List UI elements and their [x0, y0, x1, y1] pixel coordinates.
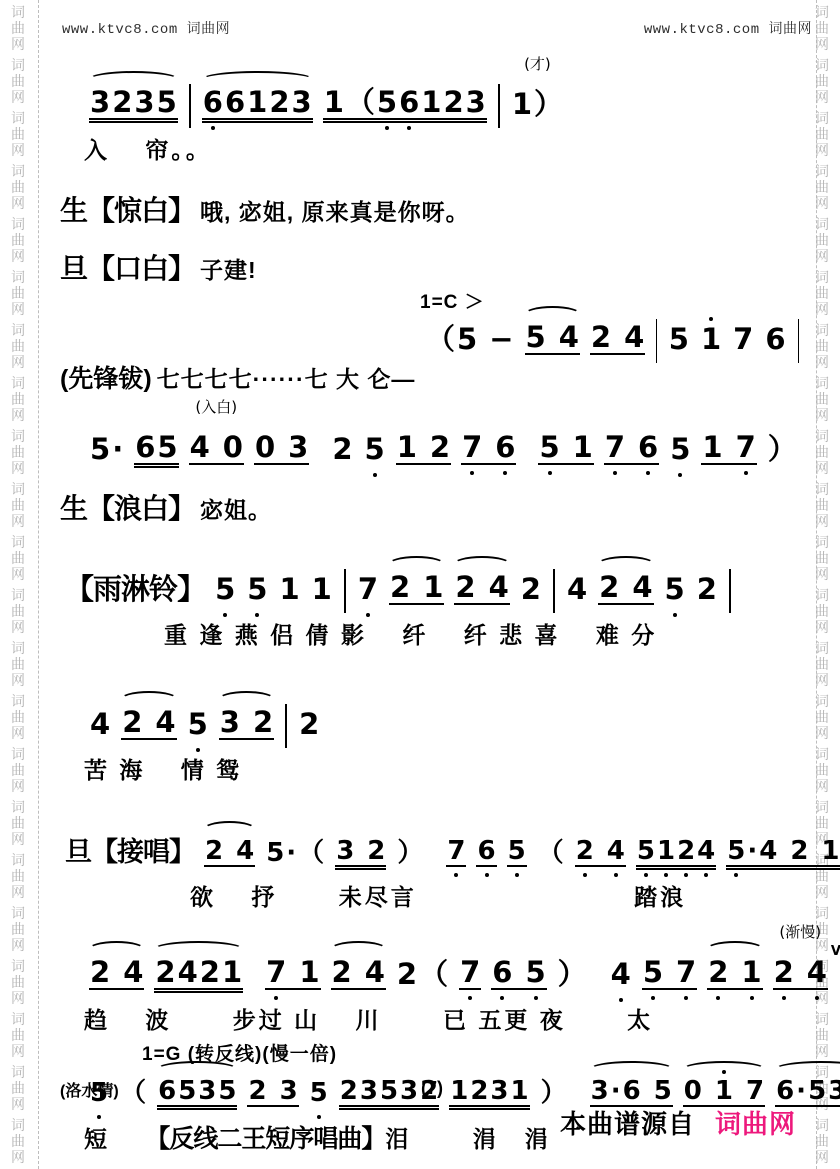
- note-char: 7: [604, 433, 626, 463]
- watermark-char: 词: [11, 799, 25, 815]
- watermark-char: 词: [11, 1064, 25, 1080]
- music-system: 1=C ＞（5−5 42 45176: [60, 287, 804, 355]
- watermark-char: 网: [815, 460, 829, 476]
- note-char: 2: [199, 958, 221, 988]
- watermark-group: 词曲网: [815, 110, 829, 158]
- note-char: 4: [623, 323, 645, 353]
- note-char: 7: [461, 433, 483, 463]
- note-char: 4: [806, 958, 828, 988]
- watermark-char: 网: [11, 1096, 25, 1112]
- note-char: 5: [807, 1078, 827, 1105]
- note-char: 2: [204, 838, 224, 865]
- note-char: 4: [89, 710, 111, 740]
- watermark-char: 词: [11, 163, 25, 179]
- note-char: 7: [732, 325, 754, 355]
- note-char: ）: [557, 960, 588, 990]
- watermark-group: 词曲网: [11, 163, 25, 211]
- speech-text: 七七七七······七 大 仑—: [157, 361, 416, 394]
- note-char: 2: [111, 88, 133, 118]
- note-char: 1: [221, 958, 243, 988]
- note-group: 2 4: [575, 838, 626, 867]
- watermark-char: 网: [11, 566, 25, 582]
- note-char: 3: [291, 88, 313, 118]
- watermark-char: 曲: [11, 603, 25, 619]
- notes-row: 5·65(入白)4 00 3251 27 65 17 651 7）: [84, 395, 804, 465]
- left-dashed-border: [38, 0, 39, 1169]
- note-char: 2: [331, 958, 353, 988]
- note-group: 6: [764, 325, 786, 355]
- watermark-char: 网: [11, 990, 25, 1006]
- score-body: 3235661231（56123(才)1）入 帘。。生【惊白】哦, 宓姐, 原来…: [60, 44, 804, 1155]
- watermark-char: 网: [815, 778, 829, 794]
- watermark-char: 曲: [11, 338, 25, 354]
- note-group: （5: [425, 325, 478, 355]
- note-group: 2 4: [204, 838, 255, 867]
- note-char: 6: [134, 433, 156, 463]
- note-char: [111, 958, 122, 988]
- note-char: 5: [376, 88, 398, 118]
- watermark-char: 词: [11, 375, 25, 391]
- notes-row: 2 424217 12 42（76 5）45 72 1(渐慢)V2 4: [84, 920, 804, 990]
- note-char: 1: [656, 838, 676, 865]
- watermark-char: 曲: [815, 762, 829, 778]
- lyrics-row: 入 帘。。: [84, 132, 804, 165]
- note-char: 5: [364, 435, 386, 465]
- note-group: 7: [446, 838, 466, 867]
- music-system: 5·65(入白)4 00 3251 27 65 17 651 7）: [60, 395, 804, 465]
- watermark-group: 词曲网: [815, 216, 829, 264]
- note-char: ·: [746, 838, 758, 865]
- note-char: 2: [366, 838, 386, 865]
- note-char: 1: [278, 575, 300, 605]
- note-group: 2: [298, 710, 320, 740]
- watermark-group: 词曲网: [815, 1011, 829, 1059]
- note-char: 2: [252, 708, 274, 738]
- note-char: 接: [117, 839, 143, 867]
- watermark-char: 网: [11, 36, 25, 52]
- watermark-char: 网: [11, 354, 25, 370]
- lyric-text: 欲 抒 未尽言 踏浪: [60, 884, 686, 910]
- note-char: 7: [265, 958, 287, 988]
- note-char: [241, 708, 252, 738]
- note-char: 1: [323, 88, 345, 118]
- note-group: 2 1: [707, 958, 762, 990]
- watermark-char: 曲: [815, 391, 829, 407]
- speech-text: 哦, 宓姐, 原来真是你呀。: [200, 194, 470, 227]
- watermark-char: 词: [815, 375, 829, 391]
- watermark-char: 曲: [11, 656, 25, 672]
- note-char: 唱: [143, 839, 169, 867]
- note-char: 2: [331, 435, 353, 465]
- key-signature-label: 1=C ＞: [420, 287, 804, 311]
- watermark-char: 词: [815, 799, 829, 815]
- speech-line: 旦【口白】子建!: [60, 247, 804, 287]
- note-group: 65: [134, 433, 178, 465]
- watermark-char: 词: [815, 322, 829, 338]
- watermark-char: 词: [815, 1117, 829, 1133]
- watermark-group: 词曲网: [11, 269, 25, 317]
- note-char: 1: [820, 838, 840, 865]
- note-group: 2: [696, 575, 718, 605]
- watermark-char: 曲: [815, 179, 829, 195]
- speech-line: 生【浪白】宓姐。: [60, 487, 804, 527]
- note-group: 4: [566, 575, 588, 605]
- note-char: 2: [590, 323, 612, 353]
- note-group: 5124: [636, 838, 716, 867]
- note-group: 7 6: [604, 433, 659, 465]
- lyrics-row: 重 逢 燕 侣 倩 影 纤 纤 悲 喜 难 分: [60, 617, 804, 650]
- note-char: 3: [219, 708, 241, 738]
- watermark-char: 网: [815, 566, 829, 582]
- watermark-char: 曲: [11, 126, 25, 142]
- lyric-text: 入 帘。。: [84, 137, 212, 163]
- note-group: −: [488, 325, 514, 355]
- note-group: 7: [459, 958, 481, 990]
- note-char: 雨: [93, 575, 121, 605]
- note-char: [224, 838, 235, 865]
- note-group: 6: [476, 838, 496, 867]
- watermark-char: 曲: [815, 550, 829, 566]
- watermark-group: 词曲网: [815, 746, 829, 794]
- watermark-group: 词曲网: [11, 216, 25, 264]
- note-group: （: [537, 840, 565, 867]
- watermark-char: 词: [11, 269, 25, 285]
- watermark-char: 网: [815, 36, 829, 52]
- watermark-char: 词: [11, 4, 25, 20]
- note-char: 1: [740, 958, 762, 988]
- watermark-char: 网: [815, 354, 829, 370]
- note-char: 1: [572, 433, 594, 463]
- note-char: 5: [668, 325, 690, 355]
- note-group: 2 4: [590, 323, 645, 355]
- watermark-char: 网: [815, 407, 829, 423]
- page-number: (7): [421, 1078, 443, 1099]
- note-char: 1: [700, 325, 722, 355]
- note-char: 5: [156, 88, 178, 118]
- note-char: 6: [494, 433, 516, 463]
- watermark-char: 网: [11, 301, 25, 317]
- watermark-char: 曲: [11, 497, 25, 513]
- footer: (洛水情) (7): [60, 1078, 804, 1101]
- note-char: 】: [169, 839, 195, 867]
- note-char: 4: [610, 960, 632, 990]
- note-char: [809, 838, 820, 865]
- note-char: 2: [676, 838, 696, 865]
- role-label: 生【惊白】: [60, 189, 195, 229]
- note-char: 5: [642, 958, 664, 988]
- note-group: 4: [89, 710, 111, 740]
- note-group: 6 5: [491, 958, 546, 990]
- speech-text: 子建!: [200, 252, 257, 285]
- watermark-char: 词: [11, 746, 25, 762]
- watermark-group: 词曲网: [11, 587, 25, 635]
- note-group: (才)1）: [511, 90, 564, 120]
- note-char: 5: [636, 838, 656, 865]
- note-group: 7 1: [265, 958, 320, 990]
- note-group: 2 4: [598, 573, 653, 605]
- note-group: 2 4: [331, 958, 386, 990]
- watermark-char: 词: [815, 110, 829, 126]
- site-watermark-top-left: www.ktvc8.com 词曲网: [62, 18, 230, 38]
- watermark-group: 词曲网: [11, 428, 25, 476]
- note-char: 2: [773, 958, 795, 988]
- role-label: 生【浪白】: [60, 487, 195, 527]
- breath-mark: V: [831, 945, 840, 958]
- watermark-char: 曲: [815, 338, 829, 354]
- note-group: 5: [664, 575, 686, 605]
- watermark-char: 词: [11, 587, 25, 603]
- note-group: 2 4: [121, 708, 176, 740]
- watermark-char: 网: [11, 513, 25, 529]
- note-char: 5: [507, 838, 527, 865]
- note-group: 1: [700, 325, 722, 355]
- note-group: 5: [507, 838, 527, 867]
- watermark-group: 词曲网: [815, 640, 829, 688]
- watermark-char: 词: [815, 4, 829, 20]
- watermark-char: 曲: [11, 921, 25, 937]
- watermark-char: 网: [815, 884, 829, 900]
- note-group: 5·4 2 1: [726, 838, 840, 867]
- note-char: 4: [696, 838, 716, 865]
- note-char: [795, 958, 806, 988]
- note-char: 5: [456, 325, 478, 355]
- watermark-char: 词: [815, 163, 829, 179]
- barline: [729, 569, 731, 613]
- note-char: [595, 838, 606, 865]
- watermark-char: 网: [11, 725, 25, 741]
- note-char: 3: [465, 88, 487, 118]
- note-group: 旦【接唱】: [65, 839, 195, 867]
- note-char: 5: [187, 710, 209, 740]
- note-char: 2: [520, 575, 542, 605]
- watermark-group: 词曲网: [11, 375, 25, 423]
- note-char: [620, 573, 631, 603]
- watermark-group: 词曲网: [11, 534, 25, 582]
- watermark-char: 曲: [11, 73, 25, 89]
- note-char: 2: [121, 708, 143, 738]
- note-char: ）: [767, 435, 798, 465]
- note-char: 5: [669, 435, 691, 465]
- watermark-char: 词: [11, 958, 25, 974]
- role-label: 旦【口白】: [60, 247, 195, 287]
- tempo-annotation: (入白): [195, 400, 237, 415]
- watermark-group: 词曲网: [815, 587, 829, 635]
- note-group: 【雨淋铃】: [65, 575, 205, 605]
- watermark-char: 曲: [815, 656, 829, 672]
- watermark-char: 曲: [11, 815, 25, 831]
- note-group: 3 2: [219, 708, 274, 740]
- note-group: 5 4: [525, 323, 580, 355]
- note-group: 2（: [396, 960, 449, 990]
- note-char: 4: [488, 573, 510, 603]
- note-char: [143, 708, 154, 738]
- speech-text: 宓姐。: [200, 492, 272, 525]
- watermark-char: 网: [11, 407, 25, 423]
- note-char: 3: [335, 838, 355, 865]
- note-char: 5: [156, 433, 178, 463]
- note-char: 】: [177, 575, 205, 605]
- note-group: 5·（: [265, 840, 325, 867]
- watermark-group: 词曲网: [815, 534, 829, 582]
- note-group: ）: [396, 840, 424, 867]
- watermark-char: 网: [815, 725, 829, 741]
- lyric-text: 苦 海 情 鸳: [84, 757, 242, 783]
- watermark-char: 网: [815, 301, 829, 317]
- watermark-char: 网: [11, 195, 25, 211]
- watermark-char: 词: [11, 428, 25, 444]
- watermark-group: 词曲网: [815, 57, 829, 105]
- note-char: 淋: [121, 575, 149, 605]
- watermark-column-right: 词曲网词曲网词曲网词曲网词曲网词曲网词曲网词曲网词曲网词曲网词曲网词曲网词曲网词…: [804, 4, 840, 1169]
- watermark-char: 曲: [815, 444, 829, 460]
- watermark-char: 网: [815, 142, 829, 158]
- note-group: 5: [364, 435, 386, 465]
- note-group: (入白)4 0: [189, 433, 244, 465]
- watermark-char: 曲: [11, 232, 25, 248]
- watermark-char: 网: [815, 1043, 829, 1059]
- source-credit: 本曲谱源自词曲网: [560, 1104, 796, 1141]
- note-char: [664, 958, 675, 988]
- watermark-char: 词: [815, 534, 829, 550]
- note-group: 3 2: [335, 838, 386, 867]
- watermark-char: 词: [815, 587, 829, 603]
- speech-line: (先锋钹)七七七七······七 大 仑—: [60, 359, 804, 395]
- watermark-char: 曲: [815, 603, 829, 619]
- watermark-char: 曲: [11, 1027, 25, 1043]
- note-char: [287, 958, 298, 988]
- watermark-char: 词: [815, 640, 829, 656]
- tempo-annotation: (渐慢): [779, 925, 821, 940]
- note-char: （: [537, 840, 565, 867]
- note-char: 1: [420, 88, 442, 118]
- lyric-text: 短: [84, 1126, 145, 1152]
- watermark-char: 曲: [815, 709, 829, 725]
- note-group: 5 7: [642, 958, 697, 990]
- watermark-char: 词: [11, 852, 25, 868]
- note-group: ）: [557, 960, 588, 990]
- watermark-char: 网: [815, 195, 829, 211]
- note-group: 5: [214, 575, 236, 605]
- note-char: 【: [91, 839, 117, 867]
- note-char: 2: [154, 958, 176, 988]
- notes-row: 42 453 22: [84, 670, 804, 740]
- watermark-char: 网: [815, 513, 829, 529]
- note-char: [729, 958, 740, 988]
- source-prefix: 本曲谱源自: [560, 1109, 695, 1139]
- watermark-char: 曲: [815, 1133, 829, 1149]
- watermark-char: 网: [11, 1149, 25, 1165]
- note-group: 5·: [89, 435, 124, 465]
- music-system: 3235661231（56123(才)1）入 帘。。: [60, 50, 804, 165]
- note-char: 6: [491, 958, 513, 988]
- lyrics-row: 欲 抒 未尽言 踏浪: [60, 879, 804, 912]
- watermark-char: 曲: [815, 497, 829, 513]
- music-system: 42 453 22苦 海 情 鸳: [60, 670, 804, 785]
- watermark-char: 网: [11, 672, 25, 688]
- watermark-group: 词曲网: [815, 322, 829, 370]
- watermark-group: 词曲网: [11, 4, 25, 52]
- lyrics-row: 苦 海 情 鸳: [84, 752, 804, 785]
- note-char: 4: [364, 958, 386, 988]
- watermark-char: 词: [815, 216, 829, 232]
- note-char: [411, 573, 422, 603]
- note-char: 2: [396, 960, 418, 990]
- note-char: 5: [726, 838, 746, 865]
- watermark-char: 词: [815, 905, 829, 921]
- key-signature-label: 1=G (转反线)(慢一倍): [142, 1039, 804, 1063]
- note-char: 【: [65, 575, 93, 605]
- note-char: （: [297, 840, 325, 867]
- note-char: [561, 433, 572, 463]
- lyric-text: 泪 涓 涓: [385, 1126, 550, 1152]
- watermark-group: 词曲网: [11, 799, 25, 847]
- watermark-group: 词曲网: [11, 746, 25, 794]
- note-char: ）: [396, 840, 424, 867]
- watermark-char: 曲: [11, 1133, 25, 1149]
- watermark-char: 网: [11, 1043, 25, 1059]
- note-group: 7: [357, 575, 379, 605]
- note-char: 1: [422, 573, 444, 603]
- note-char: 7: [735, 433, 757, 463]
- watermark-group: 词曲网: [11, 640, 25, 688]
- note-char: 4: [566, 575, 588, 605]
- watermark-char: 网: [11, 884, 25, 900]
- watermark-char: 网: [11, 89, 25, 105]
- note-char: 4: [606, 838, 626, 865]
- note-group: 5: [187, 710, 209, 740]
- watermark-char: 网: [11, 248, 25, 264]
- watermark-char: 曲: [11, 709, 25, 725]
- site-watermark-top-right: www.ktvc8.com 词曲网: [644, 18, 812, 38]
- note-char: 7: [446, 838, 466, 865]
- watermark-char: 词: [11, 693, 25, 709]
- watermark-column-left: 词曲网词曲网词曲网词曲网词曲网词曲网词曲网词曲网词曲网词曲网词曲网词曲网词曲网词…: [0, 4, 36, 1169]
- watermark-char: 词: [11, 1117, 25, 1133]
- note-group: 2421: [154, 958, 243, 990]
- watermark-char: 网: [815, 1149, 829, 1165]
- song-title: (洛水情): [60, 1083, 119, 1100]
- note-group: 7: [732, 325, 754, 355]
- note-char: [778, 838, 789, 865]
- note-char: 4: [189, 433, 211, 463]
- note-char: （: [345, 88, 376, 118]
- note-char: ）: [533, 90, 564, 120]
- note-char: 2: [268, 88, 290, 118]
- note-group: 1: [311, 575, 333, 605]
- watermark-group: 词曲网: [11, 322, 25, 370]
- note-char: −: [488, 325, 514, 355]
- note-char: 2: [789, 838, 809, 865]
- note-char: 5: [214, 575, 236, 605]
- source-brand-link[interactable]: 词曲网: [715, 1109, 796, 1139]
- watermark-char: 网: [815, 89, 829, 105]
- watermark-char: 曲: [11, 391, 25, 407]
- note-char: [483, 433, 494, 463]
- watermark-char: 词: [11, 110, 25, 126]
- watermark-char: 网: [815, 248, 829, 264]
- note-char: 7: [357, 575, 379, 605]
- note-char: [547, 323, 558, 353]
- note-char: 2: [575, 838, 595, 865]
- note-group: 1 2: [396, 433, 451, 465]
- watermark-char: 词: [815, 693, 829, 709]
- note-group: 2 4: [89, 958, 144, 990]
- watermark-group: 词曲网: [815, 4, 829, 52]
- barline: [344, 569, 346, 613]
- role-label: (先锋钹): [60, 359, 152, 395]
- lyric-text: 【反线二王短序唱曲】: [145, 1125, 385, 1153]
- watermark-char: 曲: [11, 974, 25, 990]
